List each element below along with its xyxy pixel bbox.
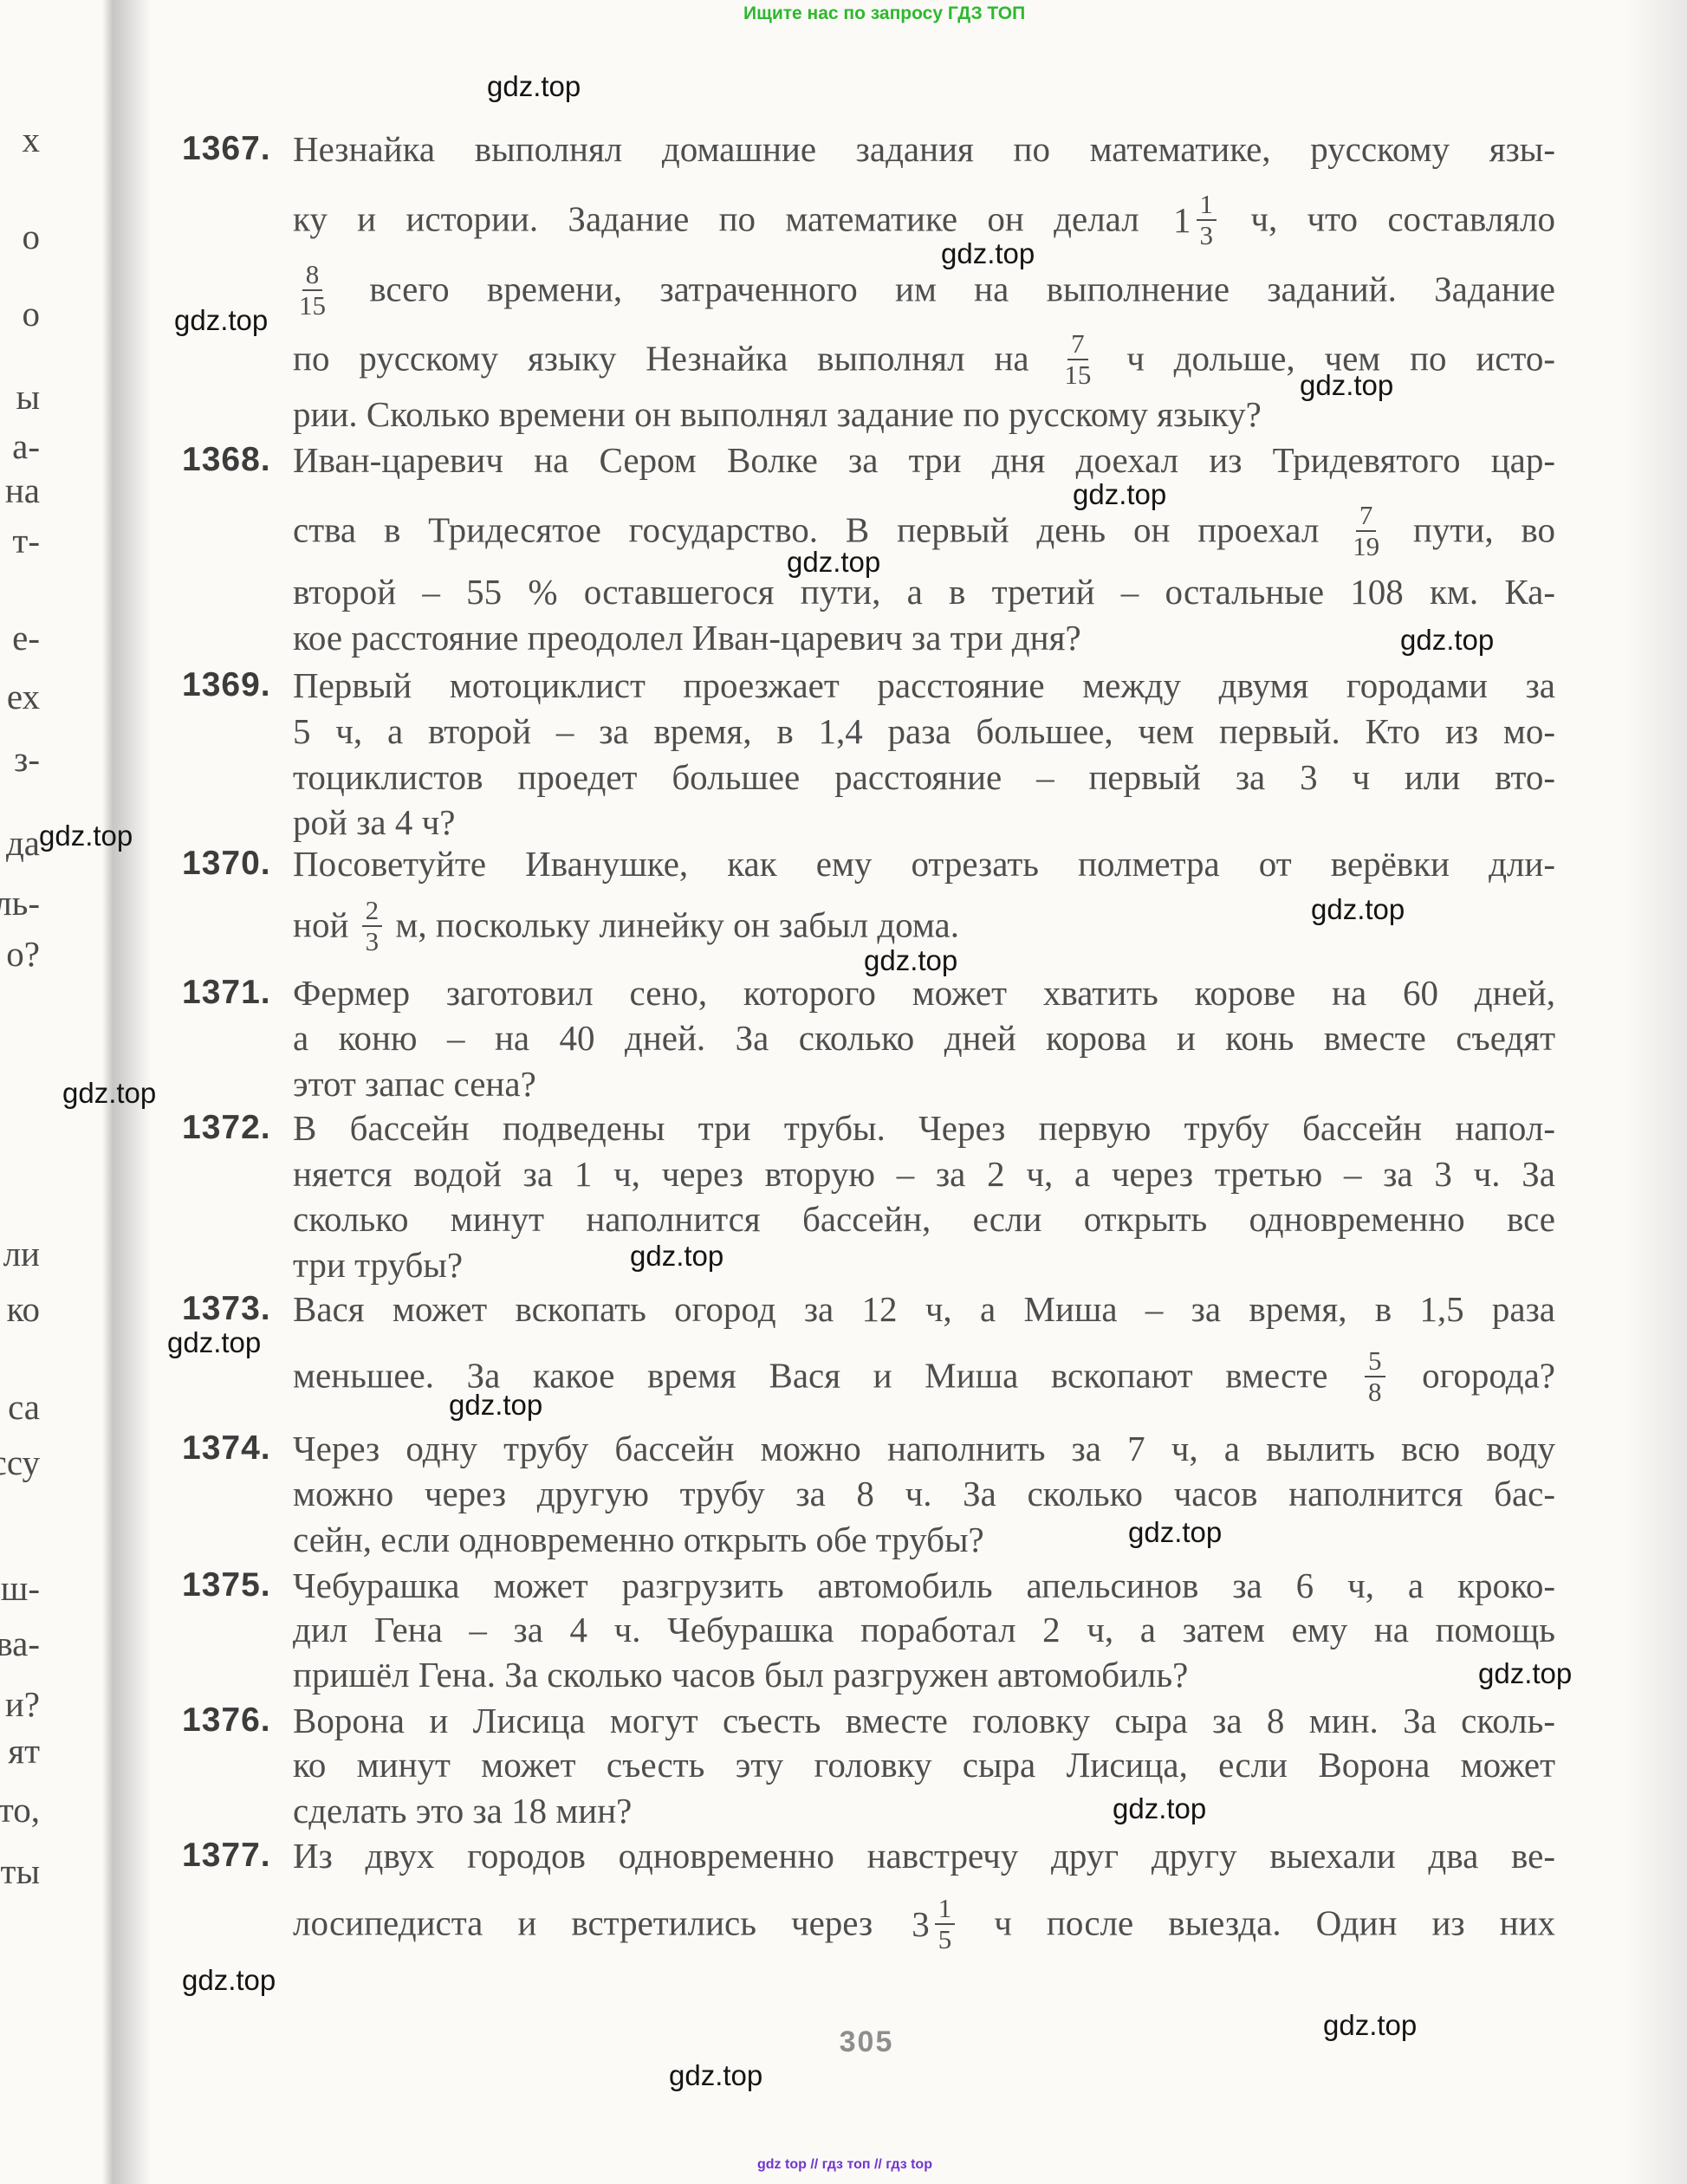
fraction-numerator: 2 (362, 896, 383, 927)
problem-text-line: дил Гена – за 4 ч. Чебурашка поработал 2… (293, 1606, 1555, 1653)
fraction-numerator: 7 (1356, 501, 1377, 532)
problem-number: 1368. (182, 437, 291, 483)
adjacent-page-fragment: то, (0, 1786, 40, 1833)
problem-text-line: а коню – на 40 дней. За сколько дней кор… (293, 1014, 1555, 1061)
promo-banner-text: Ищите нас по запросу ГДЗ ТОП (743, 3, 1025, 24)
fraction: 23 (362, 896, 383, 956)
adjacent-page-fragment: ят (0, 1727, 40, 1774)
gdz-watermark: gdz.top (1323, 2010, 1417, 2041)
fraction-numerator: 1 (1197, 190, 1217, 221)
problem-text-line: Чебурашка может разгрузить автомобиль ап… (293, 1562, 1555, 1609)
problem-text-line: Вася может вскопать огород за 12 ч, а Ми… (293, 1286, 1555, 1332)
problem-text-line: Иван-царевич на Сером Волке за три дня д… (293, 437, 1555, 483)
problem-text-line: можно через другую трубу за 8 ч. За скол… (293, 1470, 1555, 1517)
fraction: 715 (1062, 329, 1093, 390)
problem-text-line: Ворона и Лисица могут съесть вместе голо… (293, 1697, 1555, 1744)
gdz-watermark: gdz.top (182, 1965, 276, 1996)
adjacent-page-fragment: ех (0, 673, 40, 720)
problem-text-line: лосипедиста и встретились через 315 ч по… (293, 1896, 1555, 1943)
problem-text-line: ку и истории. Задание по математике он д… (293, 192, 1555, 239)
page-edge-shadow (1626, 0, 1687, 2184)
gdz-watermark: gdz.top (1300, 370, 1393, 401)
adjacent-page-fragment: х (0, 116, 40, 163)
problem-number: 1373. (182, 1286, 291, 1332)
page-number: 305 (813, 2025, 920, 2059)
problem-text-line: Незнайка выполнял домашние задания по ма… (293, 126, 1555, 172)
problem-text-line: Посоветуйте Иванушке, как ему отрезать п… (293, 840, 1555, 887)
problem-text-line: 815 всего времени, затраченного им на вы… (293, 262, 1555, 309)
gdz-watermark: gdz.top (1073, 479, 1166, 510)
problem-text-line: Фермер заготовил сено, которого может хв… (293, 969, 1555, 1016)
problem-number: 1377. (182, 1832, 291, 1879)
fraction-denominator: 19 (1351, 532, 1381, 561)
problem-number: 1376. (182, 1697, 291, 1744)
fraction-denominator: 5 (937, 1925, 954, 1954)
gdz-watermark: gdz.top (449, 1390, 542, 1421)
fraction-denominator: 8 (1366, 1377, 1384, 1407)
problem-text-line: сейн, если одновременно открыть обе труб… (293, 1516, 1555, 1563)
problem-number: 1374. (182, 1425, 291, 1472)
adjacent-page-fragment: на (0, 467, 40, 514)
adjacent-page-fragment: е- (0, 614, 40, 661)
problem-text-line: ства в Тридесятое государство. В первый … (293, 503, 1555, 550)
fraction-numerator: 7 (1067, 329, 1088, 360)
gdz-watermark: gdz.top (174, 305, 268, 336)
fraction-denominator: 15 (1062, 360, 1093, 390)
fraction-denominator: 15 (297, 291, 328, 321)
problem-text-line: сколько минут наполнится бассейн, если о… (293, 1196, 1555, 1242)
gdz-watermark: gdz.top (487, 71, 581, 102)
fraction-whole: 1 (1173, 197, 1191, 243)
adjacent-page-fragment: са (0, 1384, 40, 1430)
problem-text-line: 5 ч, а второй – за время, в 1,4 раза бол… (293, 708, 1555, 755)
fraction: 719 (1351, 501, 1381, 561)
gdz-watermark: gdz.top (669, 2060, 762, 2091)
problem-text-line: ко минут может съесть эту головку сыра Л… (293, 1741, 1555, 1788)
fraction-numerator: 1 (935, 1894, 956, 1925)
problem-text-line: рой за 4 ч? (293, 799, 1555, 846)
problem-text-line: сделать это за 18 мин? (293, 1787, 1555, 1834)
problem-text-line: Первый мотоциклист проезжает расстояние … (293, 662, 1555, 709)
fraction-numerator: 8 (302, 260, 323, 291)
gdz-watermark: gdz.top (167, 1327, 261, 1358)
adjacent-page-fragment: ты (0, 1848, 40, 1895)
fraction: 815 (297, 260, 328, 321)
adjacent-page-fragment: и? (0, 1681, 40, 1727)
gdz-watermark: gdz.top (630, 1241, 723, 1272)
problem-text-line: второй – 55 % оставшегося пути, а в трет… (293, 568, 1555, 615)
problem-number: 1372. (182, 1105, 291, 1151)
fraction: 58 (1365, 1346, 1385, 1407)
gdz-watermark: gdz.top (1113, 1793, 1206, 1824)
adjacent-page-fragment: о (0, 290, 40, 337)
adjacent-page-fragment: а- (0, 423, 40, 470)
fraction-denominator: 3 (364, 927, 381, 956)
problem-text-line: три трубы? (293, 1241, 1555, 1288)
gdz-watermark: gdz.top (941, 238, 1035, 269)
fraction-denominator: 3 (1198, 221, 1216, 250)
gdz-watermark: gdz.top (1311, 894, 1405, 925)
problem-text-line: пришёл Гена. За сколько часов был разгру… (293, 1651, 1555, 1698)
fraction-whole: 3 (912, 1901, 930, 1947)
scanned-textbook-page: Ищите нас по запросу ГДЗ ТОП хооыа-нат-е… (0, 0, 1687, 2184)
adjacent-page-fragment: о (0, 213, 40, 260)
adjacent-page-fragment: ва- (0, 1620, 40, 1667)
problem-text-line: Через одну трубу бассейн можно наполнить… (293, 1425, 1555, 1472)
problem-text-line: тоциклистов проедет большее расстояние –… (293, 754, 1555, 800)
fraction-numerator: 5 (1365, 1346, 1385, 1377)
adjacent-page-fragment: ль- (0, 879, 40, 926)
adjacent-page-fragment: ы (0, 373, 40, 420)
problem-text-line: няется водой за 1 ч, через вторую – за 2… (293, 1150, 1555, 1197)
problem-number: 1371. (182, 969, 291, 1016)
fraction: 315 (912, 1894, 955, 1954)
problem-text-line: В бассейн подведены три трубы. Через пер… (293, 1105, 1555, 1151)
problem-number: 1367. (182, 126, 291, 172)
gdz-watermark: gdz.top (1478, 1658, 1572, 1689)
adjacent-page-fragment: о? (0, 930, 40, 977)
problem-number: 1370. (182, 840, 291, 887)
adjacent-page-fragment: ссу (0, 1439, 40, 1486)
problem-number: 1375. (182, 1562, 291, 1609)
adjacent-page-fragment: ли (0, 1230, 40, 1277)
adjacent-page-fragment: т- (0, 517, 40, 564)
problem-text-line: Из двух городов одновременно навстречу д… (293, 1832, 1555, 1879)
adjacent-page-fragment: ш- (0, 1565, 40, 1611)
adjacent-page-fragment: з- (0, 736, 40, 782)
gdz-watermark: gdz.top (1128, 1517, 1222, 1548)
gdz-watermark: gdz.top (39, 820, 133, 852)
problem-text-line: кое расстояние преодолел Иван-царевич за… (293, 614, 1555, 661)
gdz-watermark: gdz.top (1400, 625, 1494, 656)
problem-text-line: этот запас сена? (293, 1060, 1555, 1107)
problem-number: 1369. (182, 662, 291, 709)
adjacent-page-fragment: ко (0, 1286, 40, 1332)
adjacent-page-fragment: да (0, 820, 40, 866)
fraction: 113 (1173, 190, 1217, 250)
gdz-watermark: gdz.top (62, 1078, 156, 1109)
gdz-watermark: gdz.top (864, 945, 957, 976)
footer-watermark-line: gdz top // гдз топ // гдз top (698, 2157, 992, 2173)
gdz-watermark: gdz.top (787, 547, 880, 578)
